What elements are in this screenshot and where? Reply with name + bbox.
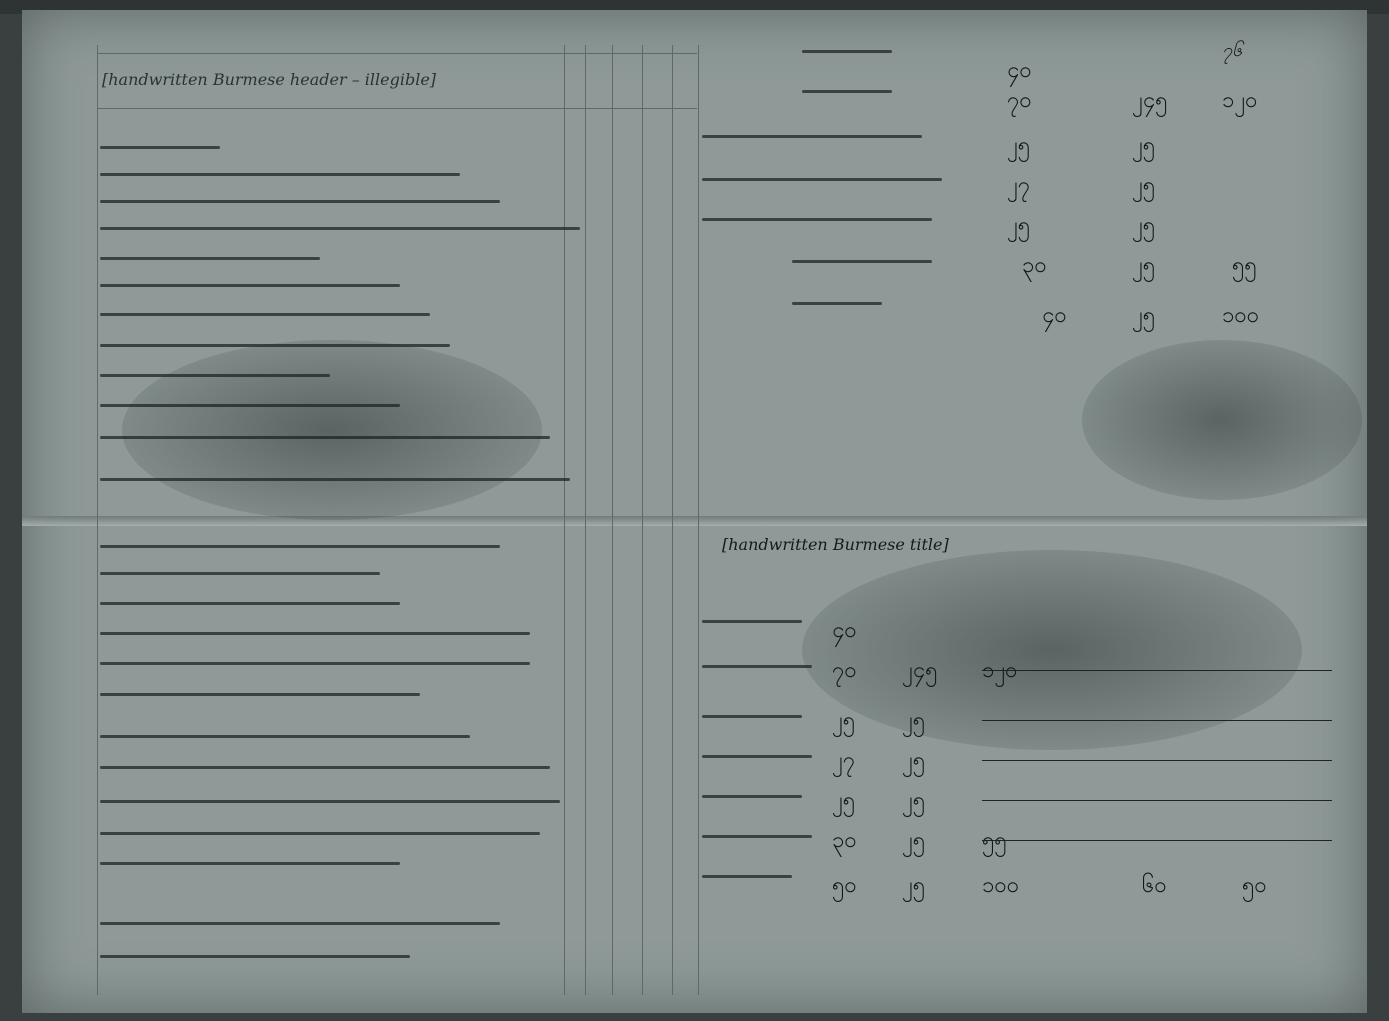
handwriting-name bbox=[702, 835, 812, 838]
value: ၃၀ bbox=[1022, 250, 1047, 283]
handwriting-name bbox=[702, 755, 812, 758]
handwriting-name bbox=[702, 875, 792, 878]
column-rule bbox=[612, 45, 613, 995]
handwriting-line bbox=[100, 572, 380, 575]
value: ၂၅ bbox=[902, 705, 925, 738]
page-fold bbox=[22, 516, 1367, 526]
handwriting-name bbox=[702, 665, 812, 668]
handwriting-line bbox=[100, 404, 400, 407]
handwriting-line bbox=[100, 313, 430, 316]
handwriting-name bbox=[702, 620, 802, 623]
column-rule bbox=[564, 45, 565, 995]
column-rule bbox=[672, 45, 673, 995]
value: ၂၅ bbox=[1132, 170, 1155, 203]
strike-line bbox=[982, 670, 1332, 671]
handwriting-line bbox=[100, 374, 330, 377]
handwriting-line bbox=[100, 545, 500, 548]
value: ၂၅ bbox=[832, 785, 855, 818]
handwriting-line bbox=[100, 602, 400, 605]
value: ၂၅ bbox=[1132, 210, 1155, 243]
handwriting-line bbox=[100, 922, 500, 925]
value: ၆၀ bbox=[1142, 870, 1167, 903]
value: ၄၀ bbox=[832, 615, 857, 648]
handwriting-line bbox=[100, 693, 420, 696]
row-rule bbox=[97, 108, 697, 109]
value: ၅၀ bbox=[832, 870, 857, 903]
handwriting-line bbox=[100, 200, 500, 203]
value: ၃၀ bbox=[832, 825, 857, 858]
page-number: ၇၆ bbox=[1222, 38, 1242, 65]
handwriting-line bbox=[100, 173, 460, 176]
value: ၂၅ bbox=[1132, 250, 1155, 283]
value: ၂၅ bbox=[1132, 130, 1155, 163]
value: ၄၀ bbox=[1042, 300, 1067, 333]
value: ၇၀ bbox=[832, 655, 857, 688]
column-rule bbox=[585, 45, 586, 995]
handwriting-line bbox=[100, 662, 530, 665]
value: ၂၅ bbox=[1132, 300, 1155, 333]
handwriting-line bbox=[100, 632, 530, 635]
handwriting-line bbox=[100, 735, 470, 738]
handwriting-line bbox=[100, 832, 540, 835]
value: ၂၅ bbox=[1007, 130, 1030, 163]
value: ၁၀၀ bbox=[982, 870, 1019, 903]
column-rule bbox=[698, 45, 699, 995]
handwriting-line bbox=[100, 766, 550, 769]
row-rule bbox=[97, 53, 697, 54]
value: ၂၇ bbox=[1007, 170, 1030, 203]
margin-rule bbox=[97, 45, 98, 995]
strike-line bbox=[982, 760, 1332, 761]
lower-table-title: [handwritten Burmese title] bbox=[722, 535, 949, 554]
value: ၇၀ bbox=[1007, 85, 1032, 118]
left-header: [handwritten Burmese header – illegible] bbox=[102, 70, 436, 89]
value: ၂၅ bbox=[902, 870, 925, 903]
handwriting-line bbox=[100, 227, 580, 230]
handwriting-name bbox=[702, 715, 802, 718]
handwriting-name bbox=[802, 50, 892, 53]
handwriting-name bbox=[792, 260, 932, 263]
value: ၅၀ bbox=[1242, 870, 1267, 903]
handwriting-line bbox=[100, 284, 400, 287]
value: ၂၅ bbox=[902, 785, 925, 818]
stain bbox=[1082, 340, 1362, 500]
value: ၁၂၀ bbox=[982, 655, 1018, 688]
value: ၂၅ bbox=[1007, 210, 1030, 243]
handwriting-line bbox=[100, 436, 550, 439]
handwriting-line bbox=[100, 862, 400, 865]
value: ၁၀၀ bbox=[1222, 300, 1259, 333]
value: ၂၅ bbox=[902, 825, 925, 858]
handwriting-name bbox=[792, 302, 882, 305]
strike-line bbox=[982, 800, 1332, 801]
value: ၅၅ bbox=[1232, 250, 1257, 283]
handwriting-line bbox=[100, 478, 570, 481]
handwriting-line bbox=[100, 800, 560, 803]
strike-line bbox=[982, 720, 1332, 721]
column-rule bbox=[642, 45, 643, 995]
value: ၂၄၅ bbox=[902, 655, 938, 688]
handwriting-line bbox=[100, 257, 320, 260]
handwriting-name bbox=[702, 178, 942, 181]
value: ၄၀ bbox=[1007, 55, 1032, 88]
value: ၅၅ bbox=[982, 825, 1007, 858]
handwriting-name bbox=[702, 218, 932, 221]
value: ၂၅ bbox=[902, 745, 925, 778]
value: ၂၄၅ bbox=[1132, 85, 1168, 118]
handwriting-line bbox=[100, 955, 410, 958]
value: ၁၂၀ bbox=[1222, 85, 1258, 118]
stain bbox=[122, 340, 542, 520]
handwriting-line bbox=[100, 344, 450, 347]
strike-line bbox=[982, 840, 1332, 841]
manuscript-page: ၇၆ [handwritten Burmese header – illegib… bbox=[22, 10, 1367, 1013]
value: ၂၅ bbox=[832, 705, 855, 738]
handwriting-name bbox=[702, 795, 802, 798]
handwriting-line bbox=[100, 146, 220, 149]
handwriting-name bbox=[702, 135, 922, 138]
handwriting-name bbox=[802, 90, 892, 93]
value: ၂၇ bbox=[832, 745, 855, 778]
